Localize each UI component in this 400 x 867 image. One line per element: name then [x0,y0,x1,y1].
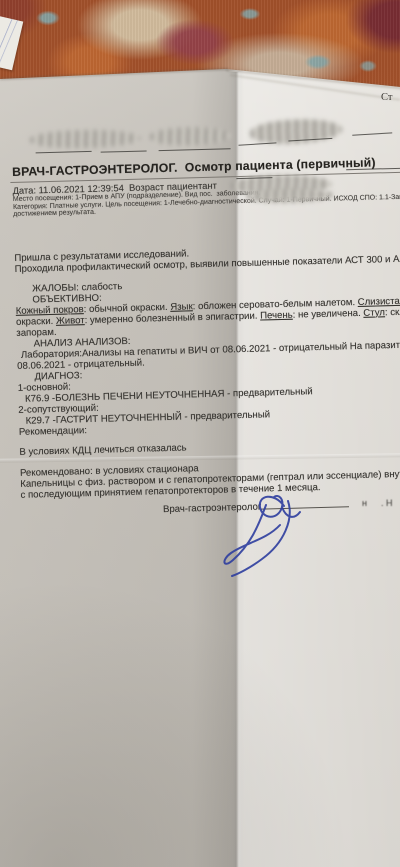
doctor-name-fragment: . Н [381,498,393,508]
term-stool: Стул [363,307,385,319]
term-tongue: Язык [170,301,193,313]
form-underscore [346,168,400,171]
document-text-block: ВРАЧ-ГАСТРОЭНТЕРОЛОГ. Осмотр пациента (п… [11,118,400,519]
doctor-signature [220,490,320,580]
doctor-name-fragment: н [362,498,367,508]
page-corner-text: Ст [381,92,392,103]
term-liver: Печень [260,309,293,321]
underlying-paper-corner [0,16,23,71]
objective-text: : не увеличена. [293,308,364,321]
objective-text: : склонн [385,306,400,318]
objective-text: окраски. [16,316,56,328]
term-abdomen: Живот [56,315,85,327]
photo-of-medical-document: { "photo": { "corner_page_marker": "Ст",… [0,0,400,867]
